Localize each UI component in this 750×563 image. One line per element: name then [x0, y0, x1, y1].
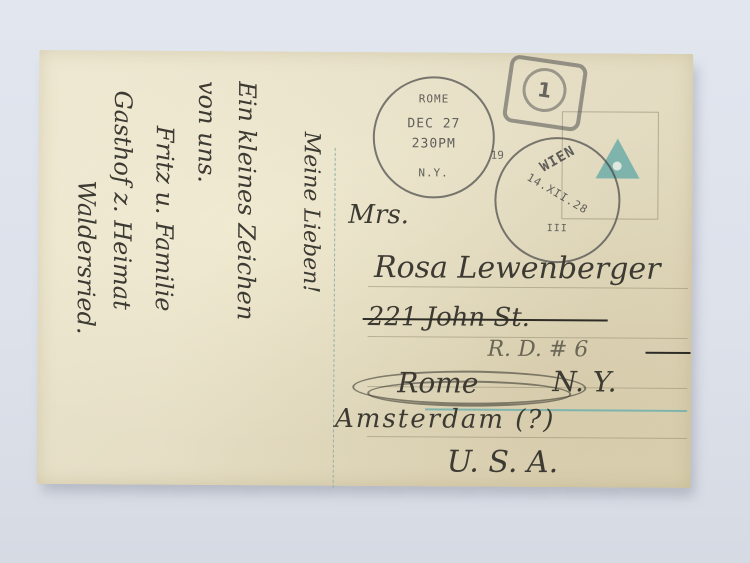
address-country: U. S. A.	[447, 445, 559, 481]
address-country-line: Amsterdam (?)	[335, 404, 556, 435]
message-line-5: Gasthof z. Heimat	[108, 90, 137, 309]
rome-postmark-date: DEC 27	[375, 116, 493, 132]
message-line-3: von uns.	[193, 81, 222, 183]
postage-due-number: 1	[520, 65, 570, 115]
address-rule-4	[367, 436, 687, 439]
wien-postmark-city: WIEN	[501, 122, 615, 196]
wien-postmark-year: 19	[491, 149, 504, 162]
postage-due-stamp: 1	[502, 54, 589, 133]
wien-postmark: WIEN 14.XII.28 III	[494, 137, 621, 264]
center-divider	[333, 148, 336, 488]
message-line-1: Meine Lieben!	[298, 132, 324, 294]
wien-postmark-district: III	[496, 223, 618, 235]
message-line-2: Ein kleines Zeichen	[232, 81, 261, 320]
address-route: R. D. # 6	[487, 337, 588, 363]
route-strikethrough	[645, 352, 690, 354]
address-state: N. Y.	[552, 365, 616, 398]
address-city-crossed: Rome	[397, 366, 478, 399]
postcard: Meine Lieben! Ein kleines Zeichen von un…	[37, 50, 694, 488]
triangle-stamp-hole	[613, 162, 622, 171]
rome-postmark: ROME DEC 27 230PM N.Y.	[372, 76, 495, 199]
rome-postmark-state: N.Y.	[375, 166, 493, 180]
rome-postmark-time: 230PM	[375, 136, 493, 152]
message-line-6: Waldersried.	[72, 180, 101, 334]
address-name: Rosa Lewenberger	[374, 250, 661, 287]
address-salutation: Mrs.	[348, 200, 409, 230]
message-line-4: Fritz u. Familie	[150, 126, 179, 312]
rome-postmark-city: ROME	[375, 92, 493, 106]
